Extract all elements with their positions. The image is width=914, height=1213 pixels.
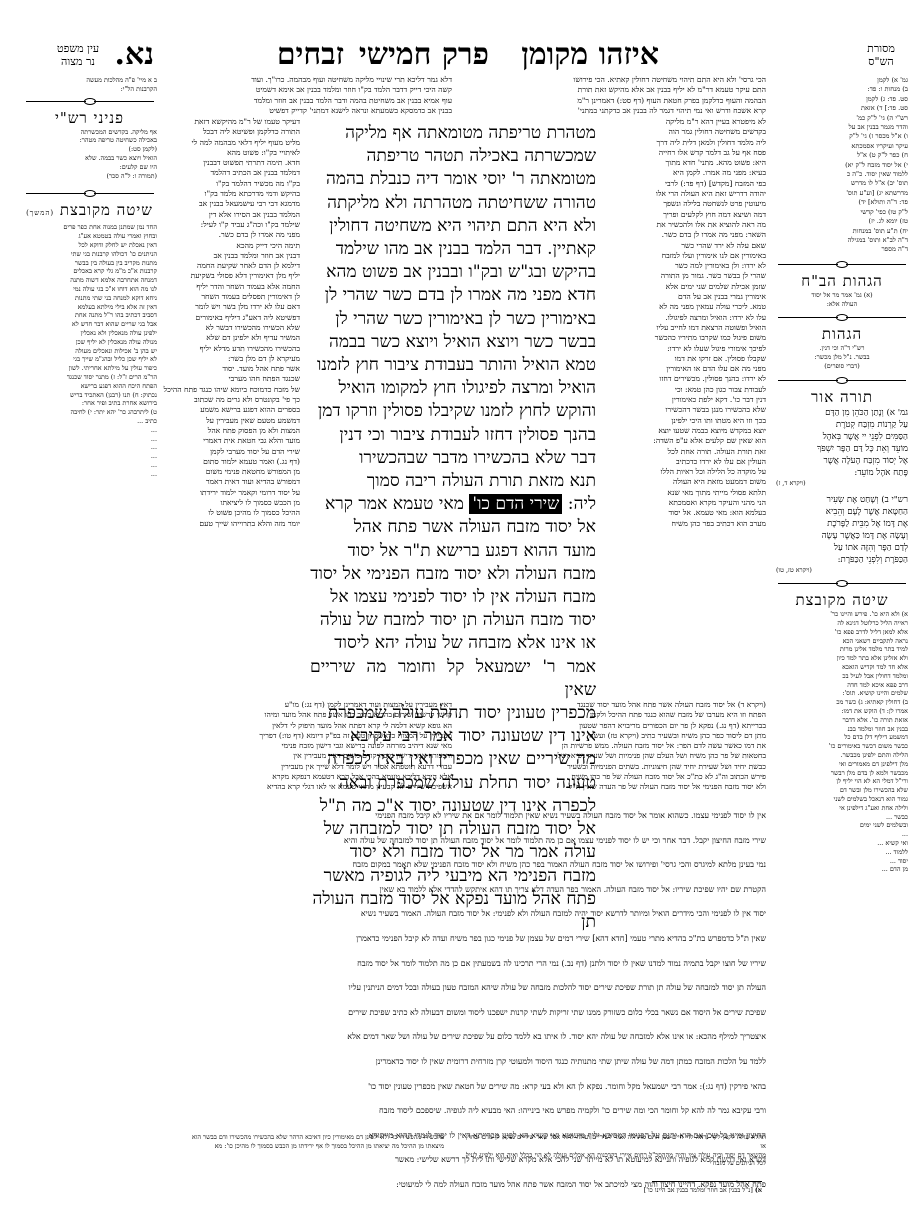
rashi-lower-line: פירש הכתוב וה"ג לא כת"כ אל יסוד מזבח העו… (461, 772, 766, 782)
masoret-line: עיקר ועיקריו אסמכתא (776, 142, 908, 151)
torah-or-line: פֶּתַח אֹהֶל מוֹעֵד: (776, 467, 908, 479)
rashi-line: בעלמא הוא: מאי טעמא. אל יסוד (606, 508, 766, 518)
ornament-divider (22, 98, 157, 108)
tosafot-line: דמלמד בבנין אב הכתיב דהלמד (160, 168, 300, 178)
masoret-line: סט. פד:] ד) אזאת (776, 104, 908, 113)
shita-left-line: דסביב דכתיב בהו ר"ל מתנה אחת (22, 311, 157, 320)
ein-mishpat-line: הקרבנות הל"י: (22, 85, 157, 94)
tosafot-line: מפני מה אמרו לן בדם כשר. (160, 230, 300, 240)
rashi-line: דמה ושיצא דמה חוץ לקלעים ופריך (606, 210, 766, 220)
shita-right-line: כבשר ... (776, 813, 908, 822)
shita-left-line: כיפור עולין על מילתא אחריתי. לשון (22, 364, 157, 373)
rashi-lower-line: בחטאות של פר כהן משיח ושל העלם שהן פנימי… (461, 751, 766, 761)
rashi-line: מה ראה להוציא את אלו ולהכשיר את (606, 220, 766, 230)
shita-left-line: לנו מה הוא דוחו א"כ בגי עולה נמי (22, 285, 157, 294)
gemara-line-with-citation: ליה: שירי הדם כו' מאי טעמא אמר קרא (310, 493, 596, 516)
rashi-line: שאם עלה לא ירד שהרי כשר (606, 241, 766, 251)
shita-right-line: כבשר משום דכשר באימורים כו' (776, 742, 908, 751)
shita-left-line: ט) ליתרבהג כר' יהא יתר: י) לחיבה (22, 408, 157, 417)
hagahot-line: רש"י ד"ה וכי דנין. (776, 344, 908, 353)
rashi-lower-line: כבשת יחיד ושל שעירת יחיד שהן חיצוניות. ב… (461, 762, 766, 772)
wide-commentary-line: שיריו של חוצו יקבל בתמיה נמוד למדנו שאין… (156, 956, 766, 973)
shita-right-line: נראה לתקביים רשאני הכא (776, 637, 908, 646)
shita-left-line: דאין זה אלא בילי מילתא בעלמא (22, 303, 157, 312)
torah-or-line: וְעָשָׂה אֶת דָּמוֹ כַּאֲשֶׁר עָשָׂה (776, 530, 908, 542)
tosafot-line: יליף מלן דאימורין דלא פסולי בשקיעת (160, 271, 300, 281)
shita-right-line: למיד בתר מלמד אלינן מרות (776, 645, 908, 654)
rashi-line: השאר: מפני מה אמרו לן בדם כשר. (606, 230, 766, 240)
tosafot-line: בהכשירו מהכשירו תדע מדלא יליף (160, 344, 300, 354)
rashi-line: העולין אם עלו לא ירדו כדכתיב (606, 457, 766, 467)
tosafot-line: מועד והלא גבי חטאת אית דאמרי (160, 436, 300, 446)
shita-right-line: אלא חד למד וקדיש הואכא (776, 663, 908, 672)
shita-left-line: ... (22, 452, 157, 461)
tosafot-left-column: דעיקר טעמו של ר"מ מהיקשא דזאתהתורה כדלקמ… (160, 117, 300, 697)
bottom-note-right: תחלת עולה לקמן לקר נראה לדי חיים בכן התם… (466, 1133, 766, 1168)
wide-commentary-line: נמי בעינן מלתא למיגרס והכי גרסי' ופירושו… (156, 857, 766, 874)
tosafot-lower-line: דאין מעבירין על המצות ועוד דאמרינן לקמן … (157, 700, 452, 710)
ornament-divider (776, 377, 908, 387)
mishnah-citation-highlight: שירי הדם כו' (469, 494, 562, 514)
tosafot-line: שלא הכשירו מהכשירו דבשר לא (160, 323, 300, 333)
masoret-line: ו) א"ל מכסר ז) גי' ל"ק (776, 132, 908, 141)
chapter-name: איזהו מקומן (521, 40, 659, 70)
rashi-line: טמא. ליכרי עולה עמאין מפני מה לא (606, 302, 766, 312)
tosafot-line: דמשמע מטעם שאין מעבירין על (160, 416, 300, 426)
rashi-line: מיעוטין פרט לנשחטה בלילה ונשפך (606, 199, 766, 209)
ornament-divider (776, 580, 908, 590)
penei-rashi-line: (תמורה ו: ל"ה סכר) (22, 172, 157, 181)
tosafot-line: ההיכל כסמוך לו מהיכן פשוט לו (160, 508, 300, 518)
tosafot-line: מן הכבש כסמוך לו ליציאתו (160, 498, 300, 508)
gemara-line: תנא מזאת תורת העולה ריבה סמוך (310, 470, 596, 493)
tosafot-line: אשר פתח אהל מועד. יסוד (160, 364, 300, 374)
masoret-line: י) אל יסוד מזבח ל"ק יא) (776, 161, 908, 170)
penei-rashi-line: אף מליקה. בקדשים המכשרתה (22, 128, 157, 137)
rashi-top-line: התם עיקר טעמא דר"מ לא יליף בבנין אב אלא … (461, 85, 766, 95)
shita-right-line: ולא אזלינן אלא בתר למד כיון (776, 654, 908, 663)
rashi-line: לעבודת צבור כגון כהן טמא: וכי (606, 385, 766, 395)
torah-or-line: גמ' א) וְנָתַן הַכֹּהֵן מִן הַדָּם (776, 407, 908, 419)
penei-rashi-text: אף מליקה. בקדשים המכשרתהבאכילה כשחיטה טר… (22, 128, 157, 181)
tosafot-line: המשיר עדיף ולא ילפינן דם שלא (160, 333, 300, 343)
rashi-right-column: לא מיפטרא בעיין דהא ר"מ מליקהבקדשים משחי… (606, 117, 766, 697)
rashi-line: מפני מה אם עלו הדם או האימורין (606, 364, 766, 374)
gemara-line: באימורין כשר לן באימורין כשר שהרי לן (310, 308, 596, 331)
rashi-line: הואיל ופשוטה הרצאת דמו לחייב עליו (606, 323, 766, 333)
masoret-line: סט. פד: ג) לקמן (776, 95, 908, 104)
tosafot-line: שירי הדם על יסוד מערבי לקמן (160, 447, 300, 457)
rashi-line: בפי המזבח [מקדש] (דף פד:) לרבי (606, 179, 766, 189)
shita-right-line: אזאת תורה כו'. אלא דדבר (776, 716, 908, 725)
shita-left-line: כתיב ... (22, 417, 157, 426)
footnote-rule (652, 1181, 762, 1182)
hagahot-line: בבשר. נ"ל מלן מכשר: (776, 353, 908, 362)
masoret-line: מדרשתא יג) [וע"ע תוס' (776, 189, 908, 198)
tosafot-line: בספרים ההוא דפגע ברישא משמע (160, 405, 300, 415)
shita-right-line: ורי"ל דמלי הא לא הוי יליף לן (776, 777, 908, 786)
rashi-line: בכך וזו היא מטתו ותו היכי ילפינן (606, 416, 766, 426)
left-margin: ב א מיי' פ"ה מהלכות מעשההקרבנות הל"י: פנ… (22, 76, 157, 1123)
rashi-lower-line: הפתח וזו היא מערבו של מזבח שהוא כנגד פתח… (461, 710, 766, 720)
shita-right-line: שלא בהכשירו מלן ובשר דם (776, 786, 908, 795)
gemara-line: או אינו אלא מזבחה של עולה יהא ליסוד (310, 632, 596, 655)
penei-rashi-title: פניני רש"י (22, 108, 157, 128)
rashi-line: בקדשים משחיטה דחולין גמר הוה (606, 127, 766, 137)
tosafot-lower-line: הא גופא קשיא דלמה לי קרא דפתח אהל מועד ת… (157, 721, 452, 731)
tosafot-line: מליט מעוף יליף דלאי מבהמה למה לי (160, 138, 300, 148)
tosafot-lower-line: אשפיכת שירים לא קבעינן מהאי טעמא אי לאו … (157, 782, 452, 792)
shita-left-line: ... (22, 426, 157, 435)
shita-right-line: יסוד ... (776, 857, 908, 866)
gemara-line: מועד ההוא דפגע ברישא ת"ר אל יסוד (310, 540, 596, 563)
rashi-line: לא ירדו: בהנך פסולין. מכשירים דחזו (606, 374, 766, 384)
masoret-line: טז) יומא לג. יז) (776, 217, 908, 226)
shita-left-title-note: (המשך) (26, 209, 54, 217)
gemara-line: והוקש לחוץ לזמנו שקיבלו פסולין וזרקו דמן (310, 400, 596, 423)
ein-mishpat-line2: נר מצוה (48, 55, 108, 68)
shita-right-line: ב) דחולין קאתיא: ג) כשר מכ (776, 698, 908, 707)
tosafot-line: כך פי' בקונטרס ולא גרים מה שכתוב (160, 395, 300, 405)
shita-left-line: ניחא דוקא למנחה בני שתי מתנות (22, 294, 157, 303)
gemara-line: טהורה ששחיטתה מטהרתה ולא מליקתה (310, 192, 596, 215)
tosafot-line: דעיקר טעמו של ר"מ מהיקשא דזאת (160, 117, 300, 127)
wide-commentary-line: העולה תן יסוד למזבחה של עולה תן תורת שפי… (156, 980, 766, 997)
rashi-line: היא: פשוט מהא. מתני' חדא מתוך (606, 158, 766, 168)
rashi-lower-line: ולא יסוד מזבח הפנימי אל יסוד מזבח העולה … (461, 782, 766, 792)
shita-left-line: בירושא אחרת בתיב ופיר אחר: (22, 399, 157, 408)
masoret-hashas: גמ' א) לקמןב) מנחות ו: פד:סט. פד: ג) לקמ… (776, 76, 908, 255)
shita-mekubetzet-left-text: החד נמן שמתנן במנוה אחת כפר פריםובחוץ וא… (22, 223, 157, 1123)
rashi-line: משום פיגול כמו שקרבו מתיריו כהכשר (606, 333, 766, 343)
tosafot-line: (דף נג.) ואמר טעמא ילמוד סתום (160, 457, 300, 467)
ein-mishpat-label: עין משפט נר מצוה (48, 42, 108, 68)
shita-left-line: ילפינן עולה מנאכלין ולא נאכלין (22, 329, 157, 338)
shita-right-line: ואי קשיא ... (776, 839, 908, 848)
rashi-line: לפיכך אימורי פיגול שעלו לא ירדו: (606, 344, 766, 354)
rashi-line: דנין דבר כו'. דקא ילפת כאימורין (606, 395, 766, 405)
masoret-label-line2: הש"ס (856, 55, 906, 68)
shita-left-line: נכתוק: ח) תנו (רבנן) האתכיד בריש (22, 391, 157, 400)
shita-left-line: קרבנות א"כ מ"מ גלי קרא באכלים (22, 267, 157, 276)
rashi-line: יהודה דדריש זאת היא העולה הרי אלו (606, 189, 766, 199)
rashi-line: ליה מלמד דחולין ולמאן דלית ליה דרך (606, 138, 766, 148)
masoret-line: והדר מגמר בבנין אב על (776, 123, 908, 132)
bottom-note-line: תחלת עולה לקמן לקר נראה לדי חיים בכן התם… (466, 1133, 766, 1151)
shita-left-line: הניתנים כו' דכולהו קרבנות בגי שתי (22, 250, 157, 259)
rashi-lower-line: מתן דם ליסוד כפר כהן משיח ובשעיר כתיב (ו… (461, 731, 766, 741)
tosafot-line: שילמד בק"ו וכה"ג עביד ק"ו לעיל: (160, 220, 300, 230)
wide-commentary-line: אין לו יסוד לפנימי עצמו. כשהוא אומר אל י… (156, 808, 766, 825)
tosafot-line: על יסוד דרומי וקאמר ילמוד ירידתו (160, 488, 300, 498)
rashi-line: שהרי לן בבשר כשר. גמור מן התורה (606, 271, 766, 281)
wide-commentary-line: ורבי עקיבא גמר לה להא קל וחומר הכי ומה ש… (156, 1103, 766, 1120)
shita-right-line: בבנין אב חוזר ומלמד בבנ (776, 725, 908, 734)
hagahot-line: (דברי סופרים) (776, 362, 908, 371)
masoret-label-line1: מסורת (856, 42, 906, 55)
right-margin: גמ' א) לקמןב) מנחות ו: פד:סט. פד: ג) לקמ… (776, 76, 908, 1170)
masoret-line: ב) מנחות ו: פד: (776, 85, 908, 94)
shita-right-line: דמשמע דיליף דלן בדם כל (776, 733, 908, 742)
tosafot-lower-line: אלא היכא דליכא טעמא בהכי אבל הכא דטעמא ד… (157, 772, 452, 782)
footnote-text: [נ"ל בבנין אב חוזר ומלמד בבנין אב היינו … (644, 1186, 753, 1194)
rashi-top-line: הכי גרסי' ולא היא התם תיהוי משחיטה דחולי… (461, 75, 766, 85)
masoret-line: ל"ק טו) כפי' קדשי (776, 208, 908, 217)
torah-or-verse-2: רש"י ב) וְשָׁחַט אֶת שְׂעִירהַחַטָּאת אֲ… (776, 494, 908, 566)
shita-left-line: דאין נאכלת יש לחלק ודוקא לכל (22, 241, 157, 250)
tosafot-top: דלא גמר דליכא תרי שינויי מליקה משחיטה וע… (157, 75, 452, 116)
shita-left-line: לא יליף שכן כליל ובהג"מ שייך בגי (22, 355, 157, 364)
gemara-line: בבשר כשר ויוצא הואיל ויוצא כשר בבמה (310, 331, 596, 354)
wide-commentary-line: איצטריך למילף מהכא: או אינו אלא למזבחה ש… (156, 1029, 766, 1046)
gemara-line: מטהרת טריפתה מטומאתה אף מליקה (310, 122, 596, 145)
rashi-line: מערב הוא דכתיב בפר כהן משיח (606, 519, 766, 529)
gemara-line: שמכשרתה באכילה תטהר טריפתה (310, 145, 596, 168)
hagahot-title: הגהות (776, 324, 908, 344)
footnote: א) [נ"ל בבנין אב חוזר ומלמד בבנין אב היי… (522, 1186, 762, 1195)
tosafot-line: בהיקש ודמי מדרכתא מלמד בק"ו (160, 189, 300, 199)
ornament-divider (22, 190, 157, 200)
bottom-note-line: מיצאתו מן ההיכל מה יציאתו מן ההיכל בסמוך… (154, 1142, 444, 1151)
ornament-divider (776, 314, 908, 324)
tosafot-line: מדמגא דבי רבי עישמעאל בבנין אב (160, 199, 300, 209)
bottom-note-left: בהכשירו מהכשירו כו' ולא ילפינן דם מאימור… (154, 1133, 444, 1151)
rashi-top-line: קרא אשכח ודרש ואי נמי תיהוי דגמר לה בבני… (461, 106, 766, 116)
rashi-line: הני מהני והעיקר מקרא ואסמכתא (606, 498, 766, 508)
gemara-line: מטומאתה ר' יוסי אומר דיה כנבלת בהמה (310, 168, 596, 191)
rashi-lower-line: את דמו כאשר עשה לדם הפר: אל יסוד מזבח הע… (461, 741, 766, 751)
torah-or-line: עַל קַרְנוֹת מִזְבַּח קְטֹרֶת (776, 419, 908, 431)
masoret-line: גמ' א) לקמן (776, 76, 908, 85)
shita-left-line: הר"מ הרים ז"ל: ז) מתנר יסוד שכנגד (22, 373, 157, 382)
tosafot-top-line: קשה היכי דייק דדבר הלמד בק"ו חוזר ומלמד … (157, 85, 452, 95)
rashi-line: שקבלו פסולין. אם זרקו את דמו (606, 354, 766, 364)
torah-or-line: רש"י ב) וְשָׁחַט אֶת שְׂעִיר (776, 494, 908, 506)
torah-or-ref-1: (ויקרא ד, ז) (776, 479, 908, 488)
shita-right-line: ראייה הליל כרלוטל דגינא לה (776, 619, 908, 628)
shita-right-line: ... (776, 830, 908, 839)
tosafot-top-line: דלא גמר דליכא תרי שינויי מליקה משחיטה וע… (157, 75, 452, 85)
gemara-text: ליה: (562, 494, 596, 514)
rashi-line: משום דממעט מזאת היא העולה (606, 477, 766, 487)
ein-mishpat-text: ב א מיי' פ"ה מהלכות מעשההקרבנות הל"י: (22, 76, 157, 94)
rashi-line: בעיא: מפני מה אמרו. לקמן היא (606, 168, 766, 178)
wide-commentary-line: יסוד אין לו לפנימי והכי מידרים הואיל ומי… (156, 906, 766, 923)
rashi-line: הוא שאין שם קלעים אלא ע"פ השדה: (606, 436, 766, 446)
footnote-marker: א) (755, 1186, 762, 1194)
shita-right-line: ללמוד ... (776, 848, 908, 857)
wide-commentary-line: ללמד על הלכות המזבח כמתן דמה של עולה שית… (156, 1054, 766, 1071)
masoret-hashas-label: מסורת הש"ס (856, 42, 906, 68)
gemara-line: בהיקש ובג"ש ובק"ו ובבנין אב פשוט מהא (310, 261, 596, 284)
shita-left-line: מנולה עולה מנאכלין לא יליף שכן (22, 338, 157, 347)
gemara-line: קאתיין. דבר הלמד בבנין אב מהו שילמד (310, 238, 596, 261)
torah-or-line: הַחַטָּאת אֲשֶׁר לָעָם וְהֵבִיא (776, 506, 908, 518)
bottom-note-line: בהכשירו מהכשירו כו' ולא ילפינן דם מאימור… (154, 1133, 444, 1142)
rashi-line: עלו לא ירדו: הואיל ומרצה לפיגולו. (606, 313, 766, 323)
rashi-top: הכי גרסי' ולא היא התם תיהוי משחיטה דחולי… (461, 75, 766, 116)
gemara-line: דבר שלא בהכשירו מדבר שבהכשירו (310, 447, 596, 470)
penei-rashi-line: (לקמן סט:) (22, 145, 157, 154)
shita-left-line: ... (22, 435, 157, 444)
rashi-line: שלא בהכשירו מנגן בבשר דהכשירו (606, 405, 766, 415)
tosafot-line: לן דאימורין תפסלים בעמוד השחר (160, 292, 300, 302)
gemara-line: מזבח העולה אין לו יסוד לפנימי עצמו אל (310, 586, 596, 609)
shita-left-line: דמנחה אתחרבה אלמא דשוה מתנה (22, 276, 157, 285)
masoret-line: ד"ה מספר (776, 245, 908, 254)
tosafot-line: התורה כדלקמן ופשיטא ליה דבכל (160, 127, 300, 137)
gemara-line: בהנך פסולין דחזו לעבודת ציבור וכי דנין (310, 424, 596, 447)
tosafot-lower-line: מאי שנא דיהיב מזרחה לפונה ברישא וגבי דיש… (157, 741, 452, 751)
rashi-line: תלתא פסולי מייתי מתוך מאי שנא (606, 488, 766, 498)
tosafot-top-line: עוף אמיא בבנין אב משחיטת בהמה ודבר הלמד … (157, 96, 452, 106)
tosafot-line: החמה אלא בעמוד השחר והדר יליף (160, 282, 300, 292)
penei-rashi-line: באכילה כשחיטה טריפה מטהר: (22, 136, 157, 145)
shita-right-line: מלן דילפינן דם מאמורים ואי (776, 760, 908, 769)
gemara-line: מזבח העולה ולא יסוד מזבח הפנימי אל יסוד (310, 563, 596, 586)
masoret-line: פד: ד"ה ותולא] יד) (776, 198, 908, 207)
shita-right-line: ובשלמים לשני ימים (776, 821, 908, 830)
masoret-line: רש"י ה) גי' ל"ק כמ' (776, 114, 908, 123)
tosafot-line: דבנין אב חוזר ומלמד בבנין אב (160, 251, 300, 261)
masoret-line: תוס' יב) א"ל לו מדרש (776, 179, 908, 188)
tosafot-line: המלמד בבנין אב הסירו אלא דין (160, 210, 300, 220)
shita-left-line: אבל בגי שריים שהוא דבר חדש לא (22, 320, 157, 329)
torah-or-ref-2: (ויקרא טז, טו) (776, 566, 908, 575)
ein-mishpat-line1: עין משפט (48, 42, 108, 55)
rashi-lower: (ויקרא ד) אל יסוד מזבח העולה אשר פתח אהל… (461, 700, 766, 793)
shita-mekubetzet-left-title: שיטה מקובצת (המשך) (22, 200, 157, 223)
torah-or-line: לְדַם הַפָּר וְהִזָּה אֹתוֹ עַל (776, 542, 908, 554)
shita-right-line: אמרו לן: ד) הוקש את דמו: (776, 707, 908, 716)
shita-left-line: החד נמן שמתנן במנוה אחת כפר פרים (22, 223, 157, 232)
tosafot-line: שכנגד הפתח חהו מערבי (160, 374, 300, 384)
rashi-line: לא מיפטרא בעיין דהא ר"מ מליקה (606, 117, 766, 127)
tractate-name: זבחים (277, 40, 344, 70)
rashi-lower-line: (ויקרא ד) אל יסוד מזבח העולה אשר פתח אהל… (461, 700, 766, 710)
shita-left-line: ... (22, 470, 157, 479)
tosafot-line: חדא. תימה דתרתי תפשוט דבבנין (160, 158, 300, 168)
torah-or-title: תורה אור (776, 387, 908, 407)
rashi-line: שזמן אכילת שלמים שני ימים אלא (606, 282, 766, 292)
rashi-top-line: הבהמה והעוף כדלקמן בפרק חטאת העוף (דף סט… (461, 96, 766, 106)
gemara-line: יסוד מזבח העולה תן יסוד למזבח של עולה (310, 609, 596, 632)
shita-left-line: יש בהן ב' אכילות ונאכלים מעולה (22, 347, 157, 356)
shita-right-line: שלמים והיינו קושיא. תוס': (776, 689, 908, 698)
tosafot-line: מעיקרא לן דם מלן בשר: (160, 354, 300, 364)
shita-left-line: מתנות מקריב בין בעולה בין בבשר (22, 259, 157, 268)
shita-right-line: ולילה אחת ואע"ג דילפינן אי (776, 804, 908, 813)
shita-left-title-text: שיטה מקובצת (60, 201, 153, 219)
gemara-line: חדא מפני מה אמרו לן בדם כשר שהרי לן (310, 284, 596, 307)
rashi-line: אימורין גמרי בבנין אב על הדם (606, 292, 766, 302)
rashi-lower-line: בברייתא (דף נג.) נפקא לן פר יום הכפורים … (461, 721, 766, 731)
chapter-number: פרק חמישי (359, 40, 489, 70)
tosafot-lower-line: עבורי דרעא תוטפתא אסור ויש לומר דלא שייך… (157, 762, 452, 772)
shita-left-line: הפתח היכח ההוא דפגע ברישא (22, 382, 157, 391)
shita-right-line: דרב פפא איכא למד חדה (776, 681, 908, 690)
tosafot-line: לאיתויי בק"ו: פשוט מהא (160, 148, 300, 158)
penei-rashi-line: היו שם קלעים: (22, 163, 157, 172)
tosafot-line: דילמא לן הדם לאחר שקיעת החמה (160, 261, 300, 271)
shita-right-line: א) ולא היא כו'. פירש והיינו כר' (776, 610, 908, 619)
hagahot-text: רש"י ד"ה וכי דנין.בבשר. נ"ל מלן מכשר:(דב… (776, 344, 908, 370)
wide-commentary-line: בהאי פירקין (דף נג:): אמר רבי ישמעאל מקל… (156, 1079, 766, 1096)
tosafot-line: יומר מזה והלא בתרוייהו שייך טעם (160, 519, 300, 529)
shita-right-line: אלא למאן דליל לדרב פפא כו' (776, 628, 908, 637)
rashi-line: לא ירדו: ולן באימורין למה כשר (606, 261, 766, 271)
rashi-line: יוצא במקדש מיוצא בבמה שטעו יוצא (606, 426, 766, 436)
shita-mekubetzet-right-text: א) ולא היא כו'. פירש והיינו כר'ראייה הלי… (776, 610, 908, 1170)
shita-mekubetzet-right-title: שיטה מקובצת (776, 590, 908, 610)
torah-or-line: אֶל יְסוֹד מִזְבַּח הָעֹלָה אֲשֶׁר (776, 455, 908, 467)
shita-left-line: ... (22, 443, 157, 452)
wide-commentary-line: שירי מזבח החיצון יקבל. דבר אחר וכי יש לו… (156, 833, 766, 850)
penei-rashi-line: הואיל ויוצא כשר בבמה. שלא (22, 154, 157, 163)
torah-or-line: אֶת דָּמוֹ אֶל מִבֵּית לַפָּרֹכֶת (776, 518, 908, 530)
rashi-line: פסח אף על גב דלמד קדש אלו רחייה (606, 148, 766, 158)
gemara-line: טמא הואיל והותר בעבודת ציבור חוץ לזמנו (310, 354, 596, 377)
hagahot-habach-text: (א) גמ' אמר מר אל יסודהעולה אלא: (776, 291, 908, 309)
ein-mishpat-line: ב א מיי' פ"ה מהלכות מעשה (22, 76, 157, 85)
shita-right-line: הלילה והתם ילפינן מכבשר. (776, 751, 908, 760)
tosafot-line: המצות ולא מן הפסוק פתח אהל (160, 426, 300, 436)
hagahot-habach-title: הגהות הב"ח (776, 271, 908, 291)
torah-or-line: הַסַּמִּים לִפְנֵי יי אֲשֶׁר בְּאֹהֶל (776, 431, 908, 443)
tosafot-line: של מזבח כדמוכח ביומא שיהו כנגד פתח ההיכל (160, 385, 300, 395)
tosafot-lower-line: מעבירין על המצות כדאשכחן טעם זה בפ"ק דיו… (157, 731, 452, 741)
tosafot-top-line: בבנין אב כדמסקא בשמעתא ונראה לישנא דמתני… (157, 106, 452, 116)
gemara-line: הואיל ומרצה לפיגולו חוץ למקומו הואיל (310, 377, 596, 400)
wide-commentary-line: הקטרת שם יהיו שפיכת שיריו: אל יסוד מזבח … (156, 882, 766, 899)
masoret-line: ללמוד שאין יסוד. כ"ה כ (776, 170, 908, 179)
hagahot-habach-line: העולה אלא: (776, 300, 908, 309)
rashi-line: באימורין אם לנו אימורין ועלו למזבח (606, 251, 766, 261)
gemara-text: מאי טעמא אמר קרא (325, 494, 469, 514)
bottom-note-line: מהשאר דם יסוד וביה עולה נמי והיה מההסכ"ל… (466, 1151, 766, 1169)
tosafot-line: דפשיטא ליה דאע"ג דיליף באימורים (160, 313, 300, 323)
masoret-line: ח) כפר ל"ק ט) א"ל (776, 151, 908, 160)
tosafot-line: דמפורש בהדיא ועוד דאית דאמר (160, 477, 300, 487)
masoret-line: יח) ת"ע תוס' במנחות (776, 227, 908, 236)
shita-left-line: ... (22, 461, 157, 470)
shita-right-line: ומלמד דחולין אבל לעיל בכ (776, 672, 908, 681)
tosafot-lower: דאין מעבירין על המצות ועוד דאמרינן לקמן … (157, 700, 452, 793)
masoret-line: ד"ה לב"א ותוס' במגילה (776, 236, 908, 245)
shita-right-line: גמור הוא דנאכל בשלמים לשני (776, 795, 908, 804)
gemara-line: ולא היא התם תיהוי היא משחיטה דחולין (310, 215, 596, 238)
tosafot-lower-line: והמנורה אמר דישון מזבח קודם משום דאין מע… (157, 751, 452, 761)
tosafot-line: תימה היכי דייק מהכא (160, 241, 300, 251)
tosafot-line: דאם עלו לא ירדו מלן בשר ויש לומר (160, 302, 300, 312)
shita-right-line: מן הדם ... (776, 865, 908, 874)
rashi-line: על מוקדה כל הלילה וכל ראיות הללו (606, 467, 766, 477)
tosafot-line: בק"ו מה מכשיר דהלמד בק"ו (160, 179, 300, 189)
torah-or-verse-1: גמ' א) וְנָתַן הַכֹּהֵן מִן הַדָּםעַל קַ… (776, 407, 908, 479)
rashi-line: זאת תורת העולה. תורה אחת לכל (606, 447, 766, 457)
gemara-line: אמר ר' ישמעאל קל וחומר מה שיריים שאין (310, 656, 596, 702)
tosafot-line: מן המפורש מחטאת פנימי משום (160, 467, 300, 477)
hagahot-habach-line: (א) גמ' אמר מר אל יסוד (776, 291, 908, 300)
folio-number: נא. (115, 40, 154, 70)
torah-or-line: הַכַּפֹּרֶת וְלִפְנֵי הַכַּפֹּרֶת: (776, 554, 908, 566)
wide-commentary-line: שפיכת שירים אל היסוד אם נשאר בכלי כלום כ… (156, 1005, 766, 1022)
shita-right-line: מכבשר ולמא לן בדם מלן רבשר (776, 769, 908, 778)
gemara-line: אל יסוד מזבח העולה אשר פתח אהל (310, 516, 596, 539)
wide-commentary-line: שאין ת"ל כדמפרש בת"כ בהדיא מתרי טעמי [חד… (156, 931, 766, 948)
tosafot-lower-line: קדשי קדשים שירים בהדיא כתיב בהו אשר פתח … (157, 710, 452, 720)
torah-or-line: מוֹעֵד וְאֵת כָּל דַּם הַפָּר יִשְׁפֹּךְ (776, 443, 908, 455)
